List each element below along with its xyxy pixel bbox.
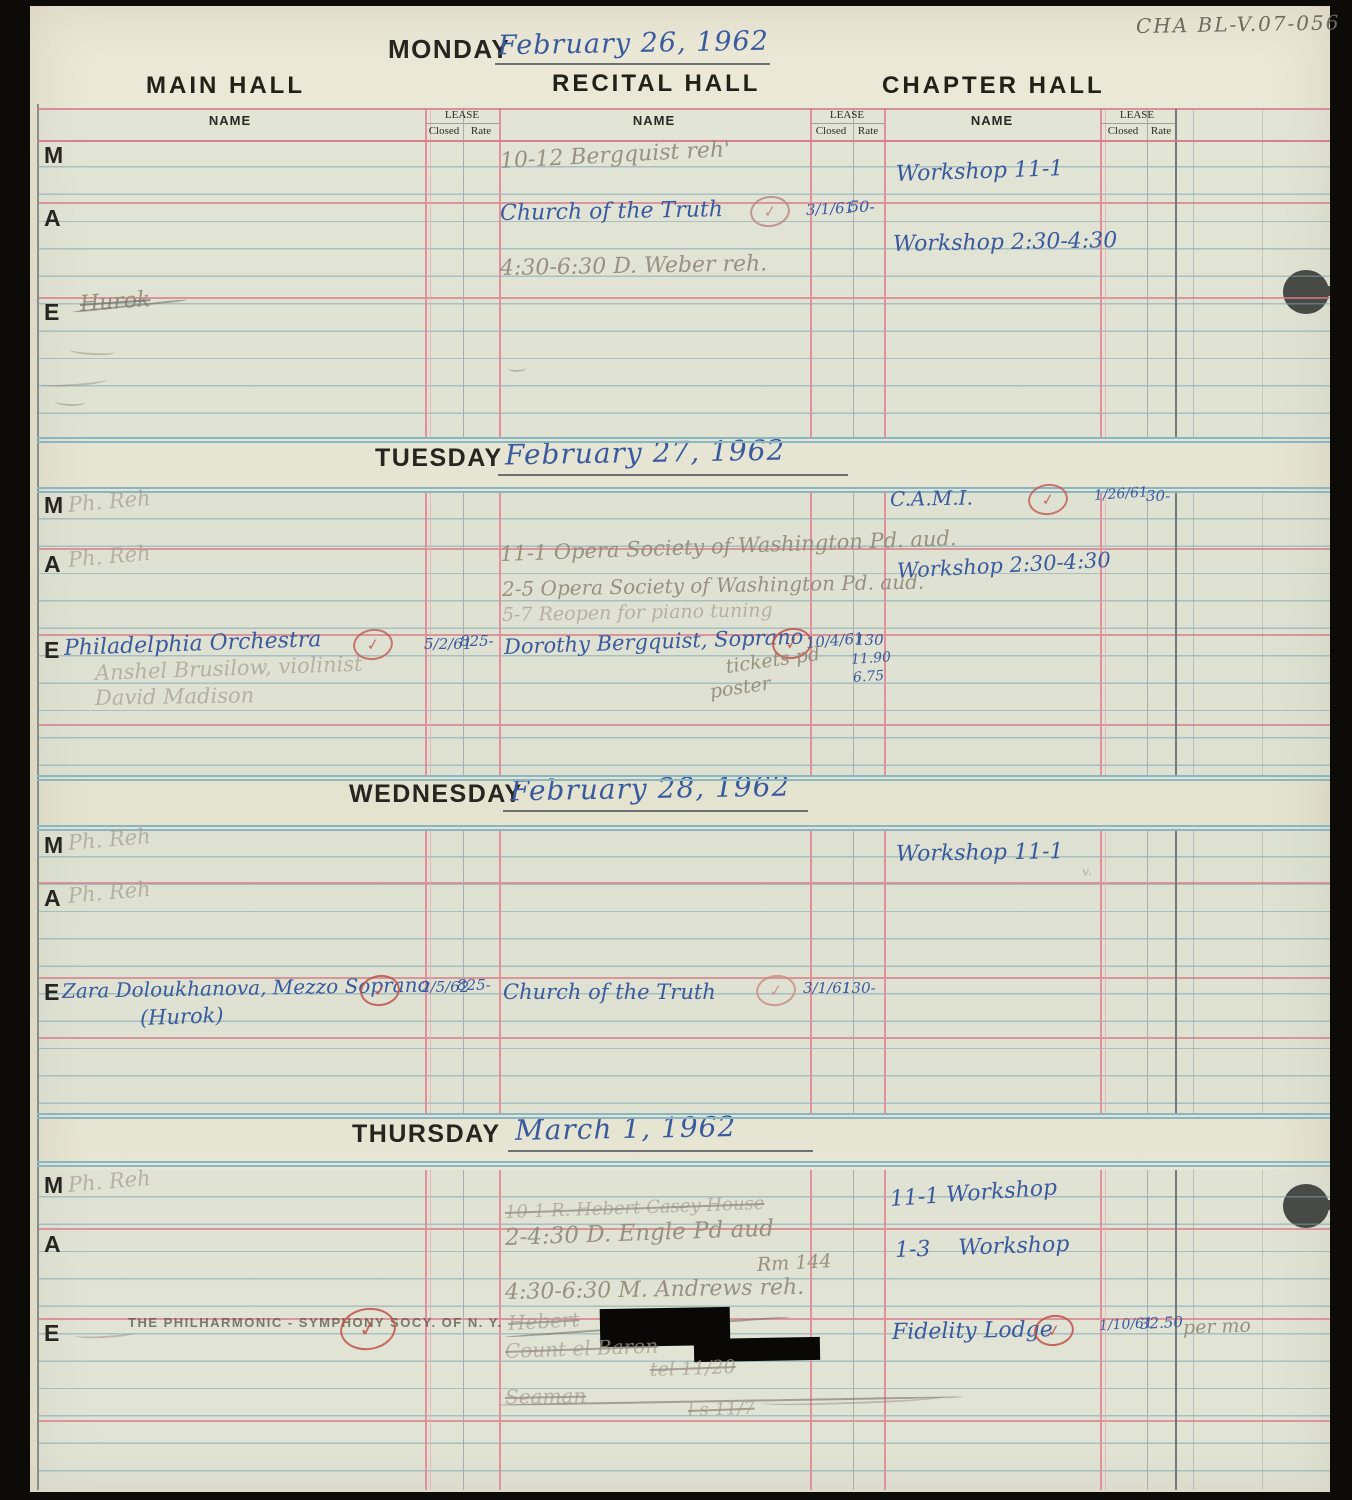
ledger-entry: Workshop 2:30-4:30 xyxy=(893,229,1118,256)
ledger-entry: 825- xyxy=(460,634,494,650)
section-border-line xyxy=(37,1113,1330,1115)
ledger-entry: Hurok xyxy=(79,288,151,316)
column-header-closed: Closed xyxy=(429,125,460,137)
column-rule-line xyxy=(1147,108,1148,437)
column-header-name: NAME xyxy=(971,113,1013,128)
ledger-entry: Count el Baron xyxy=(505,1336,659,1362)
column-rule-line xyxy=(1262,1170,1263,1490)
column-header-rate: Rate xyxy=(471,125,491,137)
ledger-entry: 3/1/61 xyxy=(806,200,855,218)
ledger-entry: Workshop 11-1 xyxy=(896,840,1064,866)
column-rule-line xyxy=(1105,830,1106,1113)
hall-title-recital: RECITAL HALL xyxy=(552,70,760,98)
ledger-entry: 11.90 xyxy=(850,650,891,667)
ledger-entry: 6.75 xyxy=(852,669,884,686)
column-header-closed: Closed xyxy=(816,125,847,137)
lease-divider-line xyxy=(425,123,499,124)
ledger-entry: 4:30-6:30 D. Weber reh. xyxy=(500,252,768,280)
column-rule-line xyxy=(810,108,812,437)
section-border-line xyxy=(37,441,1330,443)
day-label-wednesday: WEDNESDAY xyxy=(349,780,523,809)
day-label-monday: MONDAY xyxy=(388,34,510,65)
pink-rule-line xyxy=(37,724,1330,726)
row-label-a: A xyxy=(44,205,61,232)
column-rule-line xyxy=(884,1170,886,1490)
column-header-lease: LEASE xyxy=(445,109,479,121)
column-rule-line xyxy=(1262,830,1263,1113)
catalog-number: CHA BL-V.07-056 xyxy=(1136,12,1341,37)
ledger-entry: 825- xyxy=(457,978,491,994)
pink-rule-line xyxy=(37,1037,1330,1039)
column-rule-line xyxy=(430,830,431,1113)
row-label-e: E xyxy=(44,1320,59,1347)
ledger-entry: (Hurok) xyxy=(140,1004,224,1029)
ledger-entry: Fidelity Lodge xyxy=(892,1318,1053,1344)
ledger-entry: THE PHILHARMONIC - SYMPHONY SOCY. OF N. … xyxy=(128,1316,503,1330)
ledger-entry: l s 11/7 xyxy=(688,1400,755,1421)
ledger-entry: David Madison xyxy=(95,684,255,709)
column-rule-line xyxy=(1105,108,1106,437)
ledger-entry: Workshop 11-1 xyxy=(896,157,1064,186)
pink-rule-line xyxy=(37,297,1330,299)
row-label-e: E xyxy=(44,299,59,326)
column-rule-line xyxy=(1105,492,1106,775)
row-label-e: E xyxy=(44,979,59,1006)
column-header-name: NAME xyxy=(633,113,675,128)
column-header-lease: LEASE xyxy=(830,109,864,121)
section-border-line xyxy=(37,1161,1330,1163)
row-label-m: M xyxy=(44,492,63,519)
column-rule-line xyxy=(884,830,886,1113)
section-border-line xyxy=(37,779,1330,781)
ledger-entry: v. xyxy=(1081,865,1092,880)
column-rule-line xyxy=(425,1170,427,1490)
row-label-a: A xyxy=(44,885,61,912)
day-date-thursday: March 1, 1962 xyxy=(515,1110,737,1147)
ruled-lines xyxy=(37,140,1330,437)
column-rule-line xyxy=(1175,108,1177,437)
hall-title-main: MAIN HALL xyxy=(146,72,305,100)
ledger-entry: Church of the Truth xyxy=(503,981,716,1003)
ruled-lines xyxy=(37,830,1330,1113)
column-rule-line xyxy=(1147,492,1148,775)
section-border-line xyxy=(37,829,1330,831)
day-date-tuesday: February 27, 1962 xyxy=(505,434,786,472)
column-rule-line xyxy=(430,492,431,775)
ledger-entry: 4:30-6:30 M. Andrews reh. xyxy=(505,1276,805,1304)
column-rule-line xyxy=(1100,492,1102,775)
section-border-line xyxy=(37,825,1330,827)
row-label-m: M xyxy=(44,142,63,169)
ledger-entry: 30- xyxy=(1146,489,1170,505)
column-rule-line xyxy=(425,492,427,775)
column-rule-line xyxy=(1193,108,1194,437)
column-header-lease: LEASE xyxy=(1120,109,1154,121)
ledger-entry: 32.50 xyxy=(1140,1315,1184,1333)
column-rule-line xyxy=(1175,492,1177,775)
column-rule-line xyxy=(810,830,812,1113)
column-rule-line xyxy=(853,108,854,437)
row-label-m: M xyxy=(44,832,63,859)
column-rule-line xyxy=(1100,830,1102,1113)
ledger-entry: 130- xyxy=(842,981,876,997)
column-header-name: NAME xyxy=(209,113,251,128)
ledger-entry: Hebert xyxy=(507,1309,580,1334)
column-rule-line xyxy=(1262,108,1263,437)
left-margin-line xyxy=(37,104,39,1490)
pink-rule-line xyxy=(37,1420,1330,1422)
column-header-rate: Rate xyxy=(1151,125,1171,137)
column-rule-line xyxy=(1100,108,1102,437)
column-rule-line xyxy=(884,108,886,437)
column-rule-line xyxy=(853,1170,854,1490)
column-rule-line xyxy=(1262,492,1263,775)
day-label-thursday: THURSDAY xyxy=(352,1120,501,1149)
column-rule-line xyxy=(463,1170,464,1490)
day-label-tuesday: TUESDAY xyxy=(375,444,503,473)
column-header-closed: Closed xyxy=(1108,125,1139,137)
row-label-a: A xyxy=(44,1231,61,1258)
column-rule-line xyxy=(1193,830,1194,1113)
ledger-entry: 1-3 Workshop xyxy=(895,1233,1070,1262)
date-underline xyxy=(503,810,808,812)
date-underline xyxy=(508,1150,813,1152)
column-rule-line xyxy=(463,108,464,437)
ledger-entry: Rm 144 xyxy=(756,1252,832,1276)
ledger-overlay: CHA BL-V.07-056 MONDAY February 26, 1962… xyxy=(0,0,1352,1500)
column-rule-line xyxy=(499,830,501,1113)
column-rule-line xyxy=(463,830,464,1113)
ledger-page: CHA BL-V.07-056 MONDAY February 26, 1962… xyxy=(0,0,1352,1500)
day-date-monday: February 26, 1962 xyxy=(498,26,769,62)
column-rule-line xyxy=(1175,830,1177,1113)
column-rule-line xyxy=(430,108,431,437)
section-border-line xyxy=(37,1165,1330,1167)
column-rule-line xyxy=(430,1170,431,1490)
date-underline xyxy=(495,63,770,65)
ledger-entry: C.A.M.I. xyxy=(890,488,973,510)
column-rule-line xyxy=(425,108,427,437)
column-header-rate: Rate xyxy=(858,125,878,137)
ledger-entry: tel 11/20 xyxy=(650,1358,736,1381)
section-border-line xyxy=(37,775,1330,777)
lease-divider-line xyxy=(1100,123,1175,124)
column-rule-line xyxy=(499,1170,501,1490)
lease-divider-line xyxy=(810,123,884,124)
column-rule-line xyxy=(853,830,854,1113)
ledger-entry: Church of the Truth xyxy=(500,198,723,225)
ledger-entry: 50- xyxy=(849,199,875,216)
hall-title-chapter: CHAPTER HALL xyxy=(882,72,1105,100)
row-label-m: M xyxy=(44,1172,63,1199)
section-border-line xyxy=(37,437,1330,439)
date-underline xyxy=(498,474,848,476)
row-label-e: E xyxy=(44,637,59,664)
row-label-a: A xyxy=(44,551,61,578)
column-rule-line xyxy=(1193,492,1194,775)
column-rule-line xyxy=(499,492,501,775)
column-rule-line xyxy=(810,1170,812,1490)
ledger-entry: per mo xyxy=(1183,1317,1252,1339)
pink-rule-line xyxy=(37,882,1330,884)
column-rule-line xyxy=(1147,830,1148,1113)
ledger-entry: 130 xyxy=(855,633,884,649)
section-border-line xyxy=(37,1117,1330,1119)
column-rule-line xyxy=(425,830,427,1113)
